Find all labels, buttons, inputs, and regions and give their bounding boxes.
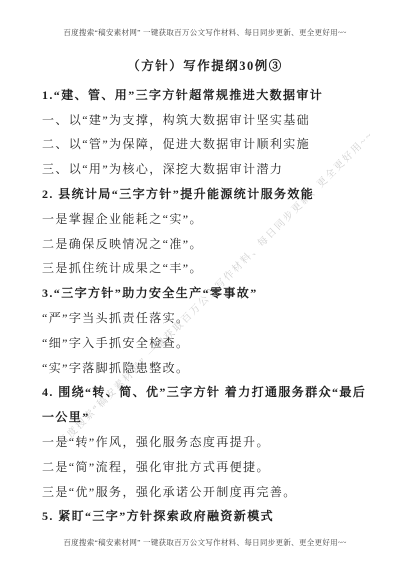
outline-line: 三、以“用”为核心，深挖大数据审计潜力 <box>42 156 386 181</box>
outline-line: “实”字落脚抓隐患整改。 <box>42 355 386 380</box>
outline-heading-2: 2. 县统计局“三字方针”提升能源统计服务效能 <box>42 181 386 206</box>
header-promo-note: 百度搜索“稿安素材网” 一键获取百万公文写作材料、每日同步更新、更全更好用~~ <box>0 27 410 38</box>
outline-line: “细”字入手抓安全检查。 <box>42 330 386 355</box>
outline-line: 三是抓住统计成果之“丰”。 <box>42 256 386 281</box>
document-body: 1.“建、管、用”三字方针超常规推进大数据审计 一、以“建”为支撑，构筑大数据审… <box>42 82 386 528</box>
outline-line: “严”字当头抓责任落实。 <box>42 305 386 330</box>
outline-line: 二是“简”流程，强化审批方式再便捷。 <box>42 454 386 479</box>
outline-line: 二是确保反映情况之“准”。 <box>42 231 386 256</box>
outline-line: 二、以“管”为保障，促进大数据审计顺利实施 <box>42 132 386 157</box>
document-page: 百度搜索“稿安素材网” 一键获取百万公文写作材料、每日同步更新、更全更好用~~ … <box>0 0 410 580</box>
footer-promo-note: 百度搜索“稿安素材网” 一键获取百万公文写作材料、每日同步更新、更全更好用~~ <box>0 537 410 548</box>
outline-line: 一、以“建”为支撑，构筑大数据审计坚实基础 <box>42 107 386 132</box>
outline-line: 一是掌握企业能耗之“实”。 <box>42 206 386 231</box>
document-title: （方针）写作提纲30例③ <box>0 56 410 74</box>
outline-heading-4: 4. 围绕“转、简、优”三字方针 着力打通服务群众“最后 <box>42 380 386 405</box>
outline-line: 三是“优”服务，强化承诺公开制度再完善。 <box>42 479 386 504</box>
outline-heading-1: 1.“建、管、用”三字方针超常规推进大数据审计 <box>42 82 386 107</box>
outline-heading-3: 3.“三字方针”助力安全生产“零事故” <box>42 280 386 305</box>
outline-heading-5: 5. 紧盯“三字”方针探索政府融资新模式 <box>42 504 386 529</box>
outline-line: 一是“转”作风，强化服务态度再提升。 <box>42 429 386 454</box>
outline-heading-4-cont: 一公里” <box>42 404 386 429</box>
